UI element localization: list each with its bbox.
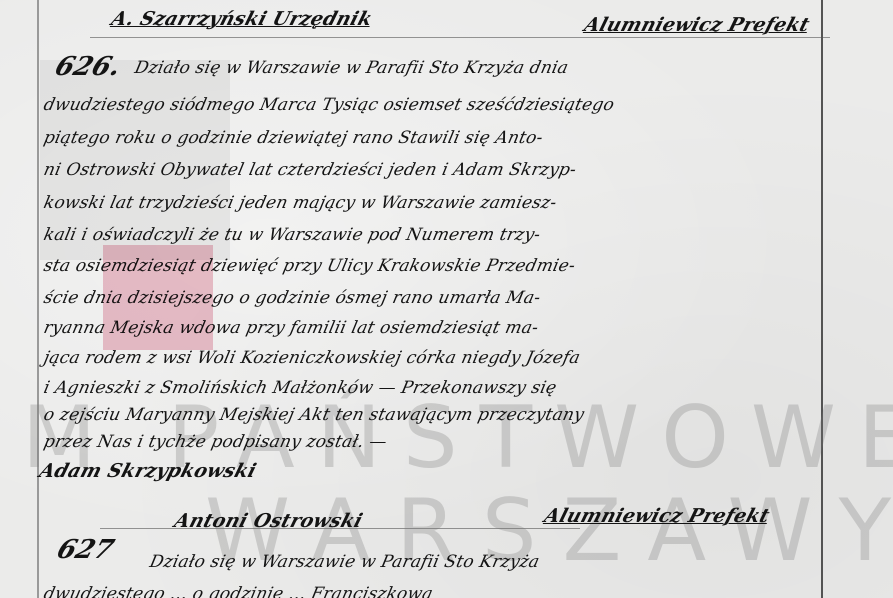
record-line-2: dwudziestego siódmego Marca Tysiąc osiem… (42, 95, 616, 115)
record-number-627: 627 (53, 535, 118, 565)
scanned-page: M PAŃSTWOWE WARSZAWY A. Szarrzyński Urzę… (0, 0, 893, 598)
record-number-626: 626. (51, 52, 125, 82)
record-line-13: przez Nas i tychże podpisany został. — (42, 432, 389, 452)
signature-witness-2: Antoni Ostrowski (172, 510, 365, 532)
header-signature-left: A. Szarrzyński Urzędnik (109, 8, 375, 30)
record-line-12: o zejściu Maryanny Mejskiej Akt ten staw… (42, 405, 586, 425)
record-line-5: kowski lat trzydzieści jeden mający w Wa… (42, 193, 559, 213)
record-line-4: ni Ostrowski Obywatel lat czterdzieści j… (42, 160, 578, 180)
signature-witness-1: Adam Skrzypkowski (37, 460, 259, 482)
record-line-11: i Agnieszki z Smolińskich Małżonków — Pr… (42, 378, 559, 398)
header-rule (90, 37, 830, 38)
record-627-line-1: Działo się w Warszawie w Parafii Sto Krz… (148, 552, 541, 572)
header-signature-right: Alumniewicz Prefekt (582, 14, 812, 36)
record-line-3: piątego roku o godzinie dziewiątej rano … (42, 128, 545, 148)
record-line-10: jąca rodem z wsi Woli Kozieniczkowskiej … (42, 348, 582, 368)
record-line-6: kali i oświadczyli że tu w Warszawie pod… (42, 225, 542, 245)
record-line-1: Działo się w Warszawie w Parafii Sto Krz… (133, 58, 570, 78)
record-627-line-2: dwudziestego ... o godzinie ... Francisz… (42, 584, 435, 598)
left-margin-rule (37, 0, 39, 598)
signature-official: Alumniewicz Prefekt (542, 505, 772, 527)
highlight-box (103, 245, 213, 350)
